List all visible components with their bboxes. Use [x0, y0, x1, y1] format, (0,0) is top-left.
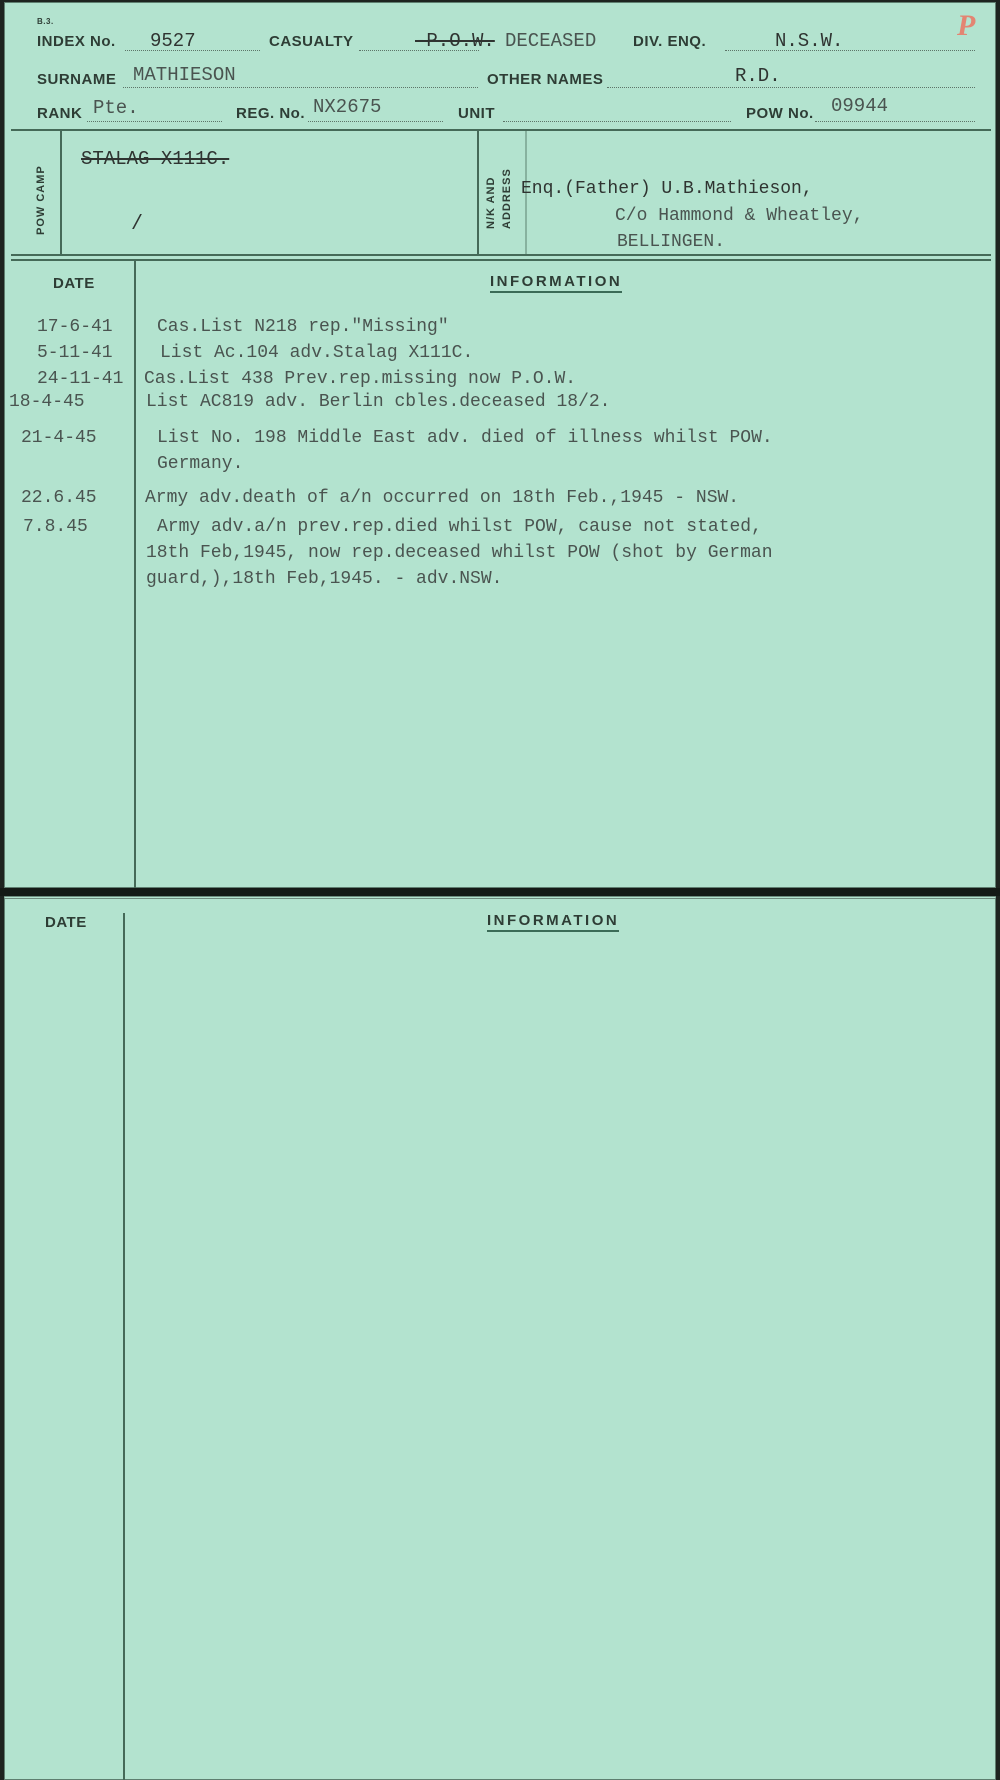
address-line-2: C/o Hammond & Wheatley,: [615, 206, 863, 226]
surname-label: SURNAME: [37, 71, 116, 88]
index-no-label: INDEX No.: [37, 33, 116, 50]
div-enq-value: N.S.W.: [775, 30, 843, 52]
div-enq-line: [725, 50, 975, 51]
casualty-label: CASUALTY: [269, 33, 354, 50]
pow-camp-value: STALAG-X111C.: [81, 148, 229, 170]
entry-date: 18-4-45: [9, 392, 85, 412]
entry-text: Cas.List N218 rep."Missing": [157, 317, 449, 337]
entry-date: 7.8.45: [23, 517, 88, 537]
rank-label: RANK: [37, 105, 82, 122]
header-divider: [11, 129, 991, 131]
casualty-value: DECEASED: [505, 30, 596, 52]
pow-no-label: POW No.: [746, 105, 814, 122]
entry-text-continued: Germany.: [157, 454, 243, 474]
entry-text: Army adv.a/n prev.rep.died whilst POW, c…: [157, 517, 762, 537]
corner-mark: P: [957, 9, 975, 43]
rank-value: Pte.: [93, 97, 139, 119]
other-names-label: OTHER NAMES: [487, 71, 603, 88]
date-column-divider-back: [123, 913, 125, 1780]
entry-text-continued: guard,),18th Feb,1945. - adv.NSW.: [146, 569, 502, 589]
pow-no-line: [815, 121, 975, 122]
address-line-1: Enq.(Father) U.B.Mathieson,: [521, 179, 813, 199]
pow-camp-mark: /: [131, 213, 143, 236]
nk-and-label: N/K AND: [485, 177, 497, 229]
address-label: ADDRESS: [501, 168, 513, 229]
address-divider-left: [477, 129, 479, 254]
form-code: B.3.: [37, 17, 54, 26]
info-divider-top: [11, 254, 991, 256]
entry-date: 22.6.45: [21, 488, 97, 508]
reg-no-label: REG. No.: [236, 105, 305, 122]
entry-text: Cas.List 438 Prev.rep.missing now P.O.W.: [144, 369, 576, 389]
reg-no-value: NX2675: [313, 96, 381, 118]
entry-date: 5-11-41: [37, 343, 113, 363]
index-no-value: 9527: [150, 30, 196, 52]
entry-text: List AC819 adv. Berlin cbles.deceased 18…: [146, 392, 610, 412]
pow-camp-label: POW CAMP: [35, 165, 47, 235]
entry-text: List Ac.104 adv.Stalag X111C.: [160, 343, 473, 363]
card-separator: [0, 888, 1000, 896]
pow-no-value: 09944: [831, 95, 888, 117]
casualty-struck-value: -P.O.W.: [415, 30, 495, 52]
other-names-line: [607, 87, 975, 88]
date-column-header-back: DATE: [45, 914, 87, 931]
information-column-header: INFORMATION: [490, 273, 622, 293]
record-card-back: DATE INFORMATION: [4, 896, 996, 1780]
record-card-front: B.3. INDEX No. 9527 CASUALTY -P.O.W. DEC…: [4, 2, 996, 888]
entry-date: 21-4-45: [21, 428, 97, 448]
information-column-header-back: INFORMATION: [487, 912, 619, 932]
entry-text-continued: 18th Feb,1945, now rep.deceased whilst P…: [146, 543, 773, 563]
reg-no-line: [308, 121, 443, 122]
date-column-divider: [134, 260, 136, 889]
other-names-value: R.D.: [735, 65, 781, 87]
info-divider-bottom: [11, 259, 991, 261]
rank-line: [87, 121, 222, 122]
entry-date: 24-11-41: [37, 369, 123, 389]
entry-date: 17-6-41: [37, 317, 113, 337]
entry-text: Army adv.death of a/n occurred on 18th F…: [145, 488, 739, 508]
unit-label: UNIT: [458, 105, 495, 122]
surname-line: [123, 87, 478, 88]
address-line-3: BELLINGEN.: [617, 232, 725, 252]
unit-line: [503, 121, 731, 122]
camp-label-divider: [60, 129, 62, 254]
div-enq-label: DIV. ENQ.: [633, 33, 706, 50]
date-column-header: DATE: [53, 275, 95, 292]
entry-text: List No. 198 Middle East adv. died of il…: [157, 428, 773, 448]
surname-value: MATHIESON: [133, 64, 236, 86]
